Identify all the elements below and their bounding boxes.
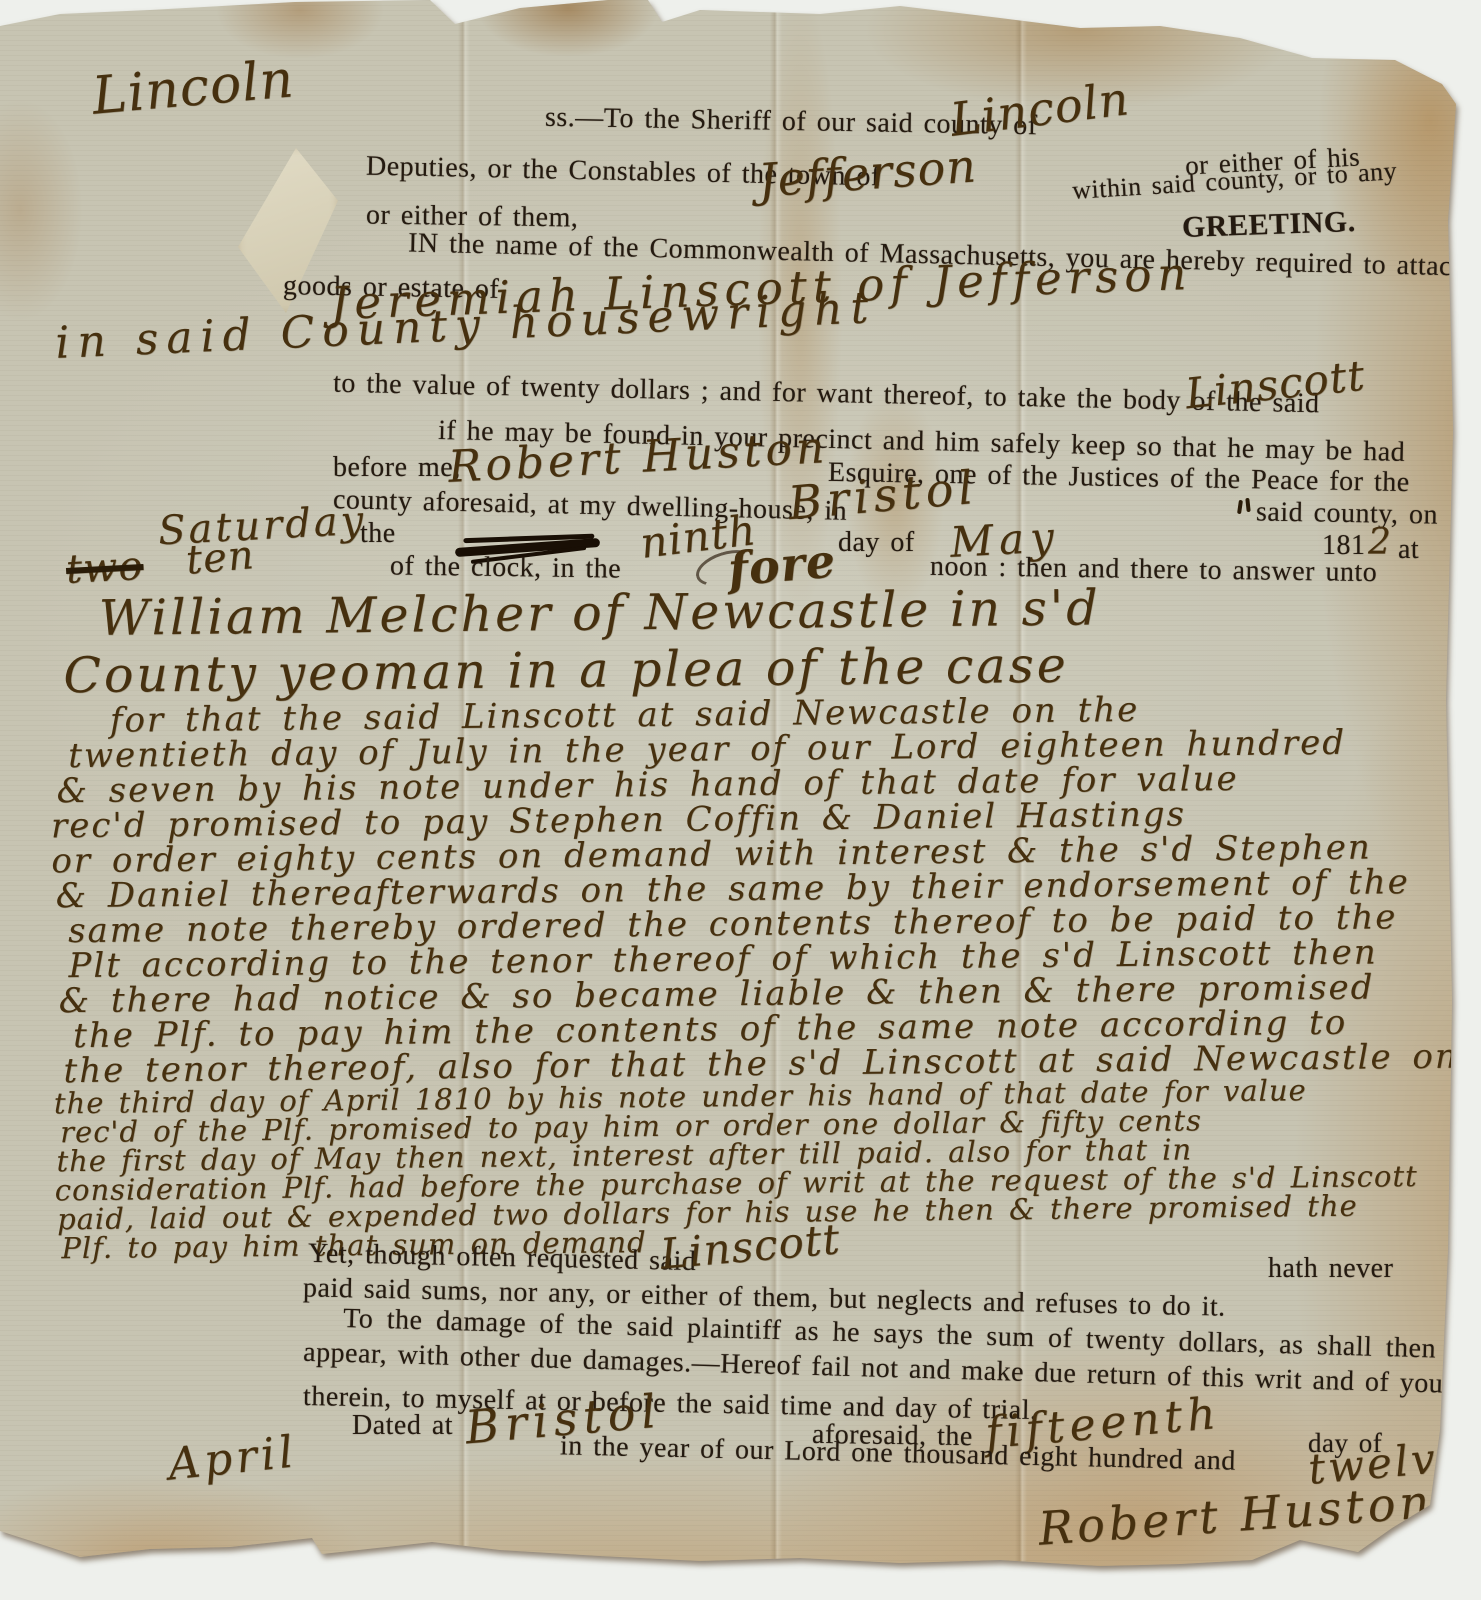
paper-sheet: Lincoln ss.—To the Sheriff of our said c… [0, 0, 1481, 1600]
hath-never-line: hath never [1268, 1253, 1393, 1285]
defendant-surname-handwriting: Linscott [1183, 351, 1368, 419]
said-county-on-line: said county, on [1256, 496, 1439, 531]
dated-month-handwriting: April [166, 1426, 300, 1490]
hour-struck-handwriting: two [65, 543, 145, 593]
plea-handwriting-block: William Melcher of Newcastle in s'd Coun… [49, 576, 1456, 1264]
hour-handwriting: ten [184, 532, 256, 584]
dated-at-label: Dated at [352, 1410, 453, 1442]
document-scan: Lincoln ss.—To the Sheriff of our said c… [0, 0, 1481, 1600]
at-label: at [1398, 534, 1419, 566]
ink-mark [1237, 500, 1243, 514]
before-me-label: before me, [333, 452, 461, 484]
county-handwriting: Lincoln [947, 71, 1132, 146]
town-handwriting: Jefferson [756, 138, 978, 207]
ink-mark [1245, 498, 1250, 512]
day-of-label: day of [838, 527, 915, 559]
yet-line: Yet, though often requested said [308, 1238, 697, 1278]
clock-line: of the clock, in the [390, 550, 622, 585]
greeting-label: GREETING. [1181, 205, 1356, 245]
justice-signature: Robert Huston [1037, 1474, 1435, 1555]
county-header-handwriting: Lincoln [90, 49, 297, 126]
the-label: the [360, 518, 396, 550]
value-line: to the value of twenty dollars ; and for… [333, 368, 1320, 421]
